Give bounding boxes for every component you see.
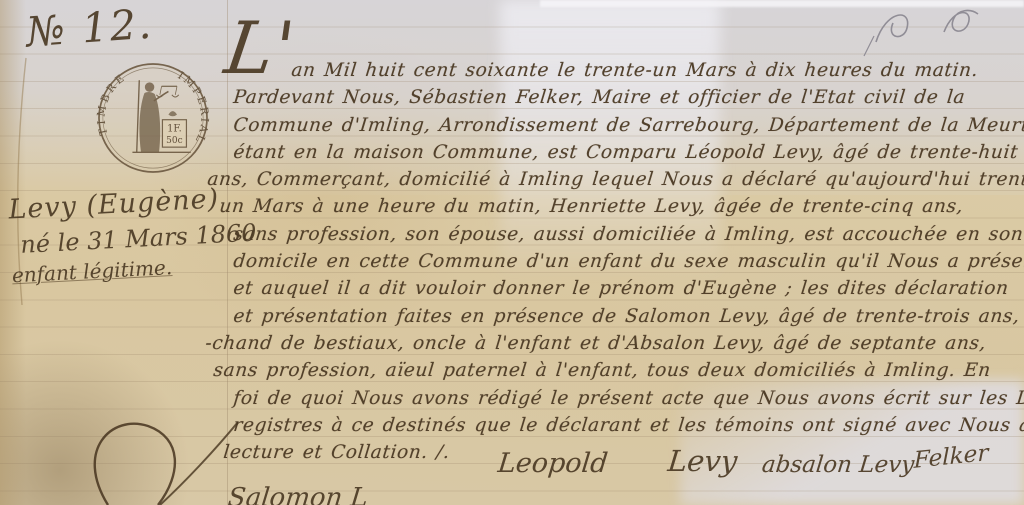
act-line: domicile en cette Commune d'un enfant du… — [232, 248, 1023, 275]
act-line: Commune d'Imling, Arrondissement de Sarr… — [232, 112, 1023, 139]
act-line: ans, Commerçant, domicilié à Imling lequ… — [206, 166, 1023, 193]
stamp-denomination-box: 1F. 50c — [162, 120, 186, 147]
act-line: -chand de bestiaux, oncle à l'enfant et … — [204, 330, 1023, 357]
act-line: foi de quoi Nous avons rédigé le présent… — [232, 385, 1023, 412]
signature-witness: absalon Levy — [761, 452, 916, 478]
act-line: an Mil huit cent soixante le trente-un M… — [232, 57, 1023, 84]
act-line: un Mars à une heure du matin, Henriette … — [218, 193, 1023, 220]
act-line: sans profession, son épouse, aussi domic… — [232, 221, 1023, 248]
entry-number: № 12. — [24, 0, 154, 56]
paper-top-edge-highlight — [540, 0, 1024, 7]
signature-declarant-first: Leopold — [496, 448, 609, 479]
stamp-value-centimes: 50c — [166, 136, 183, 146]
act-text-block: an Mil huit cent soixante le trente-un M… — [232, 57, 1020, 466]
act-line: Pardevant Nous, Sébastien Felker, Maire … — [232, 84, 1023, 111]
act-line: sans profession, aïeul paternel à l'enfa… — [212, 357, 1023, 384]
registry-scan-page: № 12. TIMBRE IMPERIAL. — [0, 0, 1024, 505]
act-line: registres à ce destinés que le déclarant… — [232, 412, 1023, 439]
pencil-flourish-marks — [858, 0, 1018, 62]
timbre-imperial-stamp: TIMBRE IMPERIAL. 1F. 50c — [93, 58, 213, 178]
act-line: étant en la maison Commune, est Comparu … — [232, 139, 1023, 166]
stamp-value-franc: 1F. — [167, 124, 182, 135]
signature-partial-next-entry: Salomon L — [226, 483, 369, 505]
signature-declarant-last: Levy — [666, 444, 739, 478]
act-line: et auquel il a dit vouloir donner le pré… — [232, 275, 1023, 302]
act-line: et présentation faites en présence de Sa… — [232, 303, 1023, 330]
